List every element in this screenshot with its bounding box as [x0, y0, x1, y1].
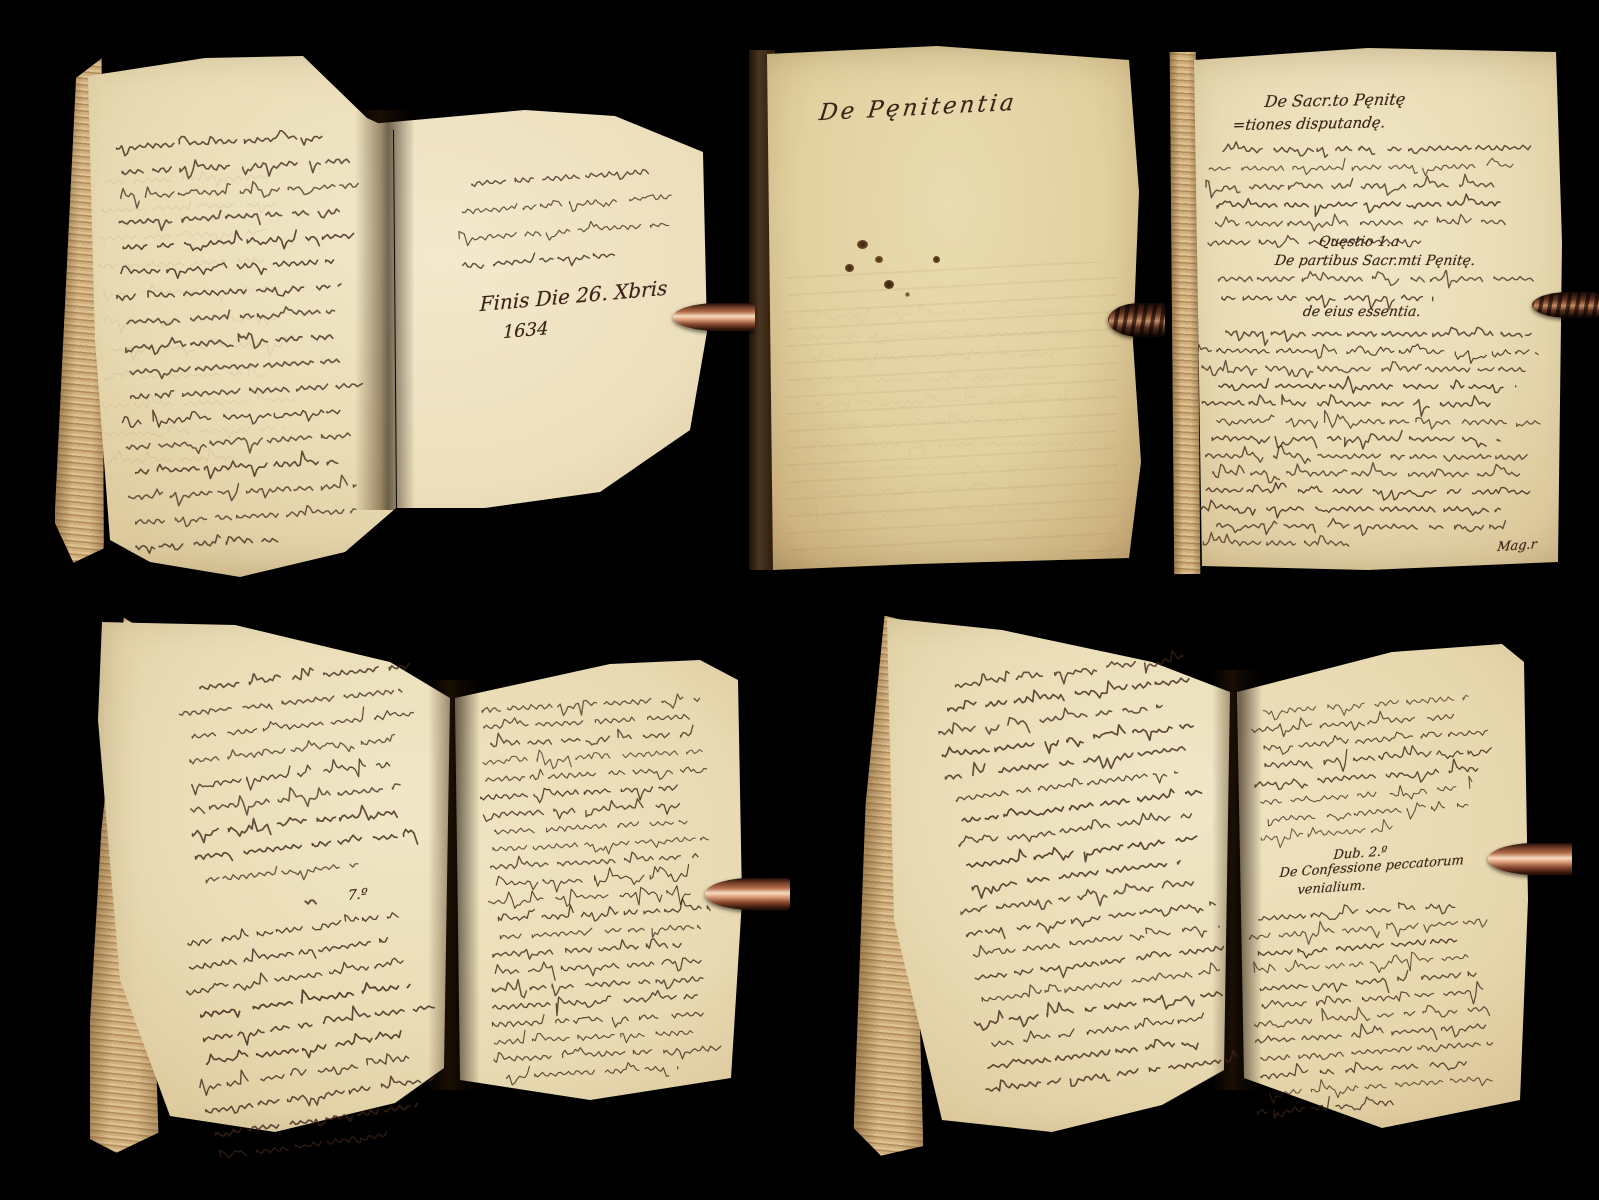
- ink-stain: [845, 264, 854, 272]
- copper-pointer: [673, 303, 755, 331]
- photo-top-left-spread: Finis Die 26. Xbris 1634: [55, 40, 755, 585]
- copper-pointer: [1488, 843, 1572, 875]
- handwriting-block: [1247, 686, 1507, 851]
- handwriting-block: [175, 901, 460, 1160]
- ink-stain: [884, 280, 894, 289]
- year-line: 1634: [503, 318, 549, 343]
- chapter-heading-line1: De Sacr.to Pęnitę: [1264, 90, 1407, 111]
- handwriting-block: [932, 647, 1248, 1108]
- photo-bottom-left-spread: 7.º: [90, 600, 790, 1160]
- handwriting-block: [174, 656, 444, 901]
- ink-stain: [857, 240, 868, 249]
- ink-stain: [875, 256, 883, 263]
- quaestio-title: De partibus Sacr.mti Pęnitę.: [1274, 253, 1477, 269]
- quaestio-number: Quęstio 1.a: [1318, 234, 1401, 250]
- handwriting-block: [1197, 324, 1553, 554]
- section-number: 7.º: [347, 886, 367, 904]
- copper-pointer: [1108, 303, 1165, 337]
- photo-bottom-right-spread: Dub. 2.º De Confessione peccatorum venia…: [852, 600, 1572, 1160]
- handwriting-block: [1243, 893, 1512, 1124]
- copper-pointer: [1532, 292, 1599, 318]
- photo-title-page: De Pęnitentia: [737, 42, 1165, 580]
- essentia-subheading: de eius essentia.: [1302, 304, 1422, 320]
- photo-first-text-page: De Sacr.to Pęnitę =tiones disputandę. Qu…: [1168, 42, 1599, 582]
- ink-stain: [933, 256, 940, 263]
- show-through-text: [94, 167, 305, 494]
- copper-pointer: [705, 878, 790, 910]
- signature: Mag.r: [1496, 537, 1537, 555]
- show-through-text: [797, 301, 1101, 536]
- chapter-heading-line2: =tiones disputandę.: [1232, 113, 1387, 134]
- manuscript-photo-collage: Finis Die 26. Xbris 1634 De Pęnitentia D…: [0, 0, 1599, 1200]
- ink-stain: [905, 292, 910, 297]
- handwriting-block: [449, 160, 695, 294]
- handwriting-block: [475, 689, 730, 1093]
